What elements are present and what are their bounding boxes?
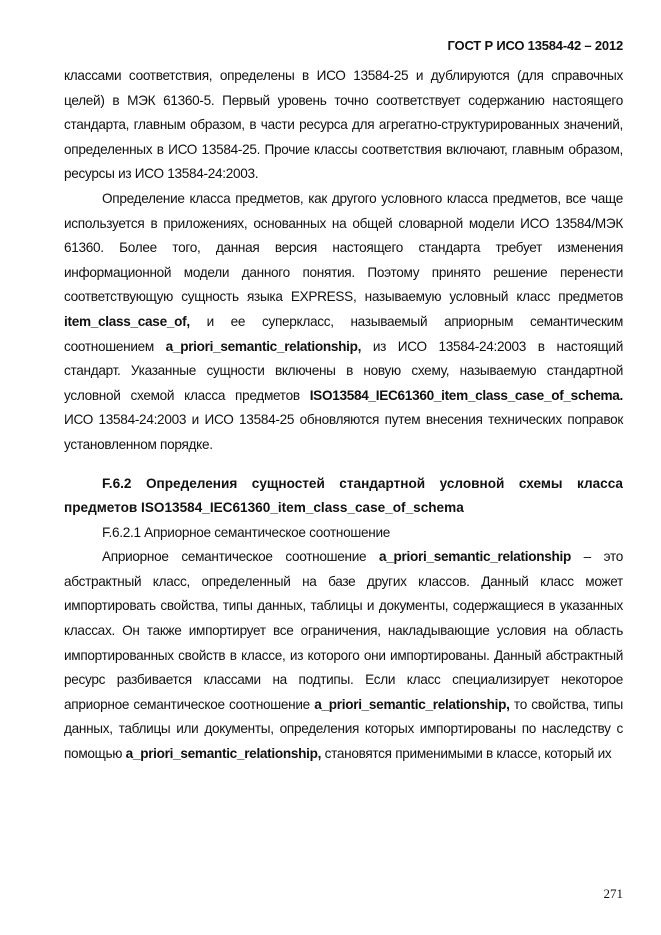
subsection-heading: F.6.2.1 Априорное семантическое соотноше…: [64, 521, 623, 546]
term-a-priori-semantic-relationship: a_priori_semantic_relationship,: [314, 697, 509, 712]
document-body: классами соответствия, определены в ИСО …: [64, 64, 623, 767]
paragraph-text: Априорное семантическое соотношение: [102, 549, 379, 564]
page-number: 271: [604, 886, 624, 902]
paragraph-2: Определение класса предметов, как другог…: [64, 187, 623, 458]
paragraph-3: Априорное семантическое соотношение a_pr…: [64, 545, 623, 766]
paragraph-text: становятся применимыми в классе, который…: [321, 746, 611, 761]
term-a-priori-semantic-relationship: a_priori_semantic_relationship,: [126, 746, 321, 761]
paragraph-1: классами соответствия, определены в ИСО …: [64, 64, 623, 187]
term-a-priori-semantic-relationship: a_priori_semantic_relationship,: [166, 339, 361, 354]
paragraph-text: – это абстрактный класс, определенный на…: [64, 549, 623, 712]
document-page: ГОСТ Р ИСО 13584-42 – 2012 классами соот…: [0, 0, 661, 935]
term-a-priori-semantic-relationship: a_priori_semantic_relationship: [379, 549, 571, 564]
term-schema-name: ISO13584_IEC61360_item_class_case_of_sch…: [310, 388, 623, 403]
paragraph-text: Определение класса предметов, как другог…: [64, 191, 623, 304]
paragraph-text: ИСО 13584-24:2003 и ИСО 13584-25 обновля…: [64, 412, 623, 452]
section-heading: F.6.2 Определения сущностей стандартной …: [64, 472, 623, 521]
term-item-class-case-of: item_class_case_of,: [64, 314, 190, 329]
document-header: ГОСТ Р ИСО 13584-42 – 2012: [448, 38, 623, 53]
